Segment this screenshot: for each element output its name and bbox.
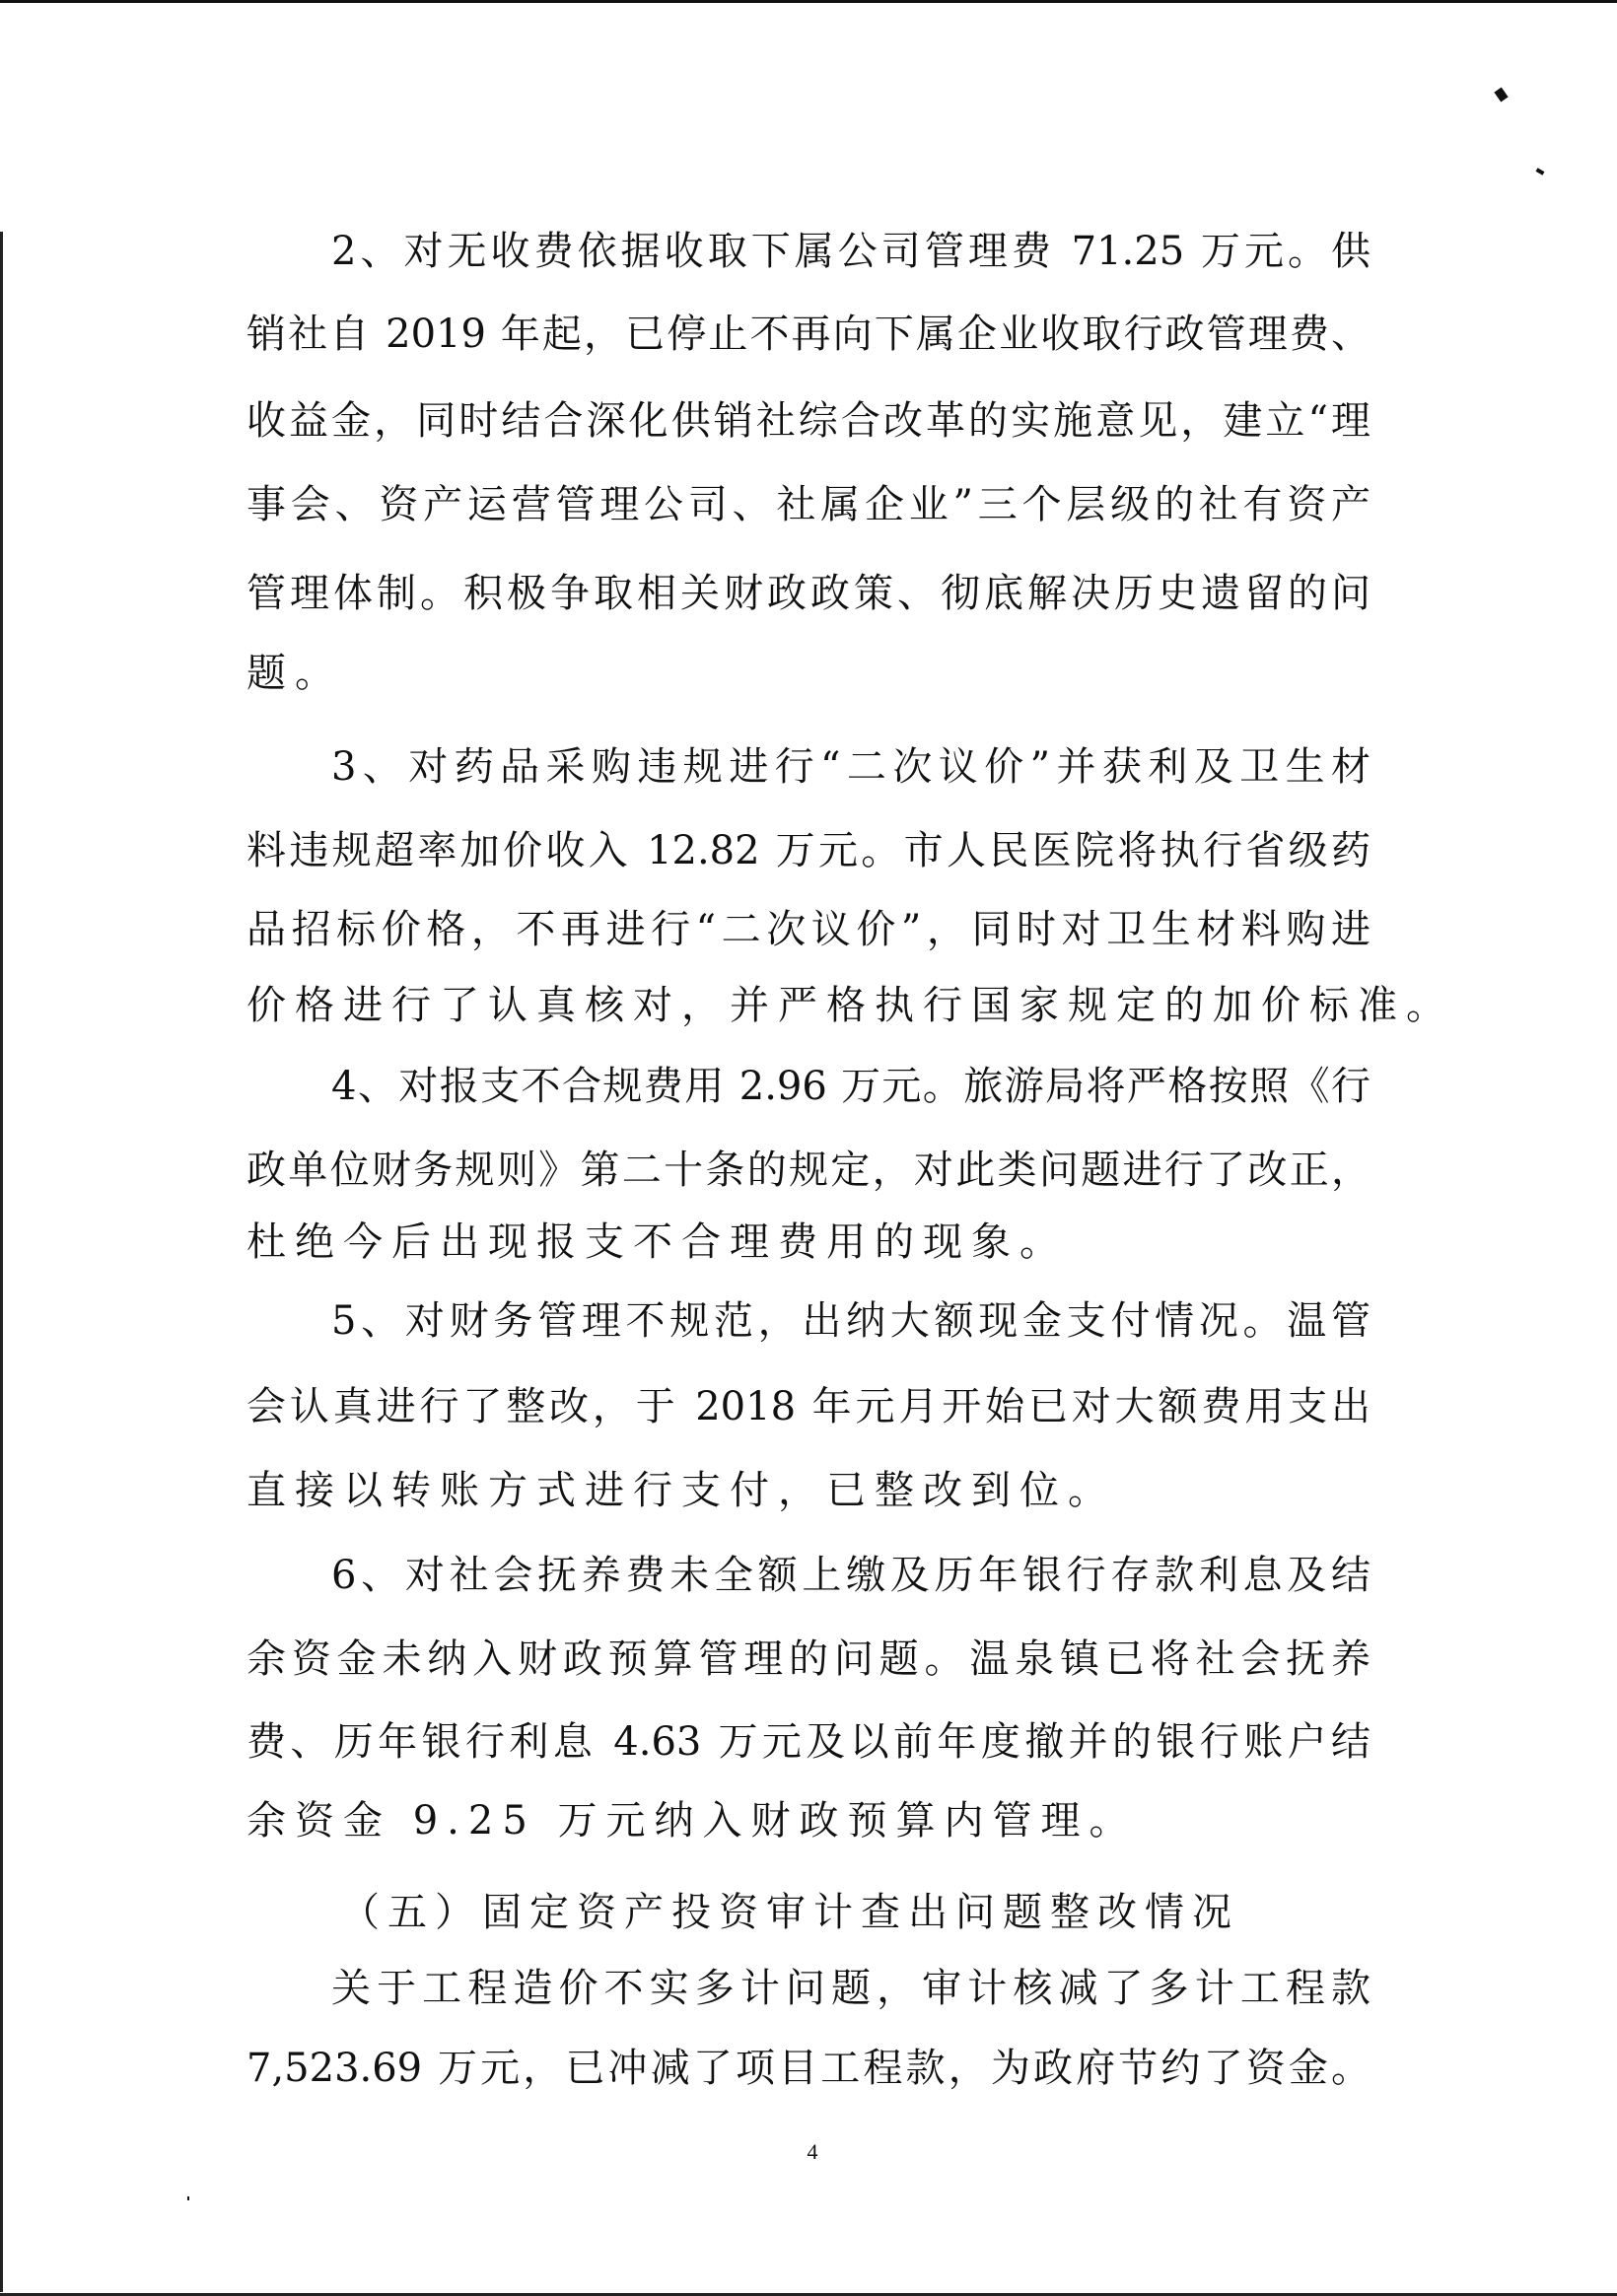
text-line: 7,523.69 万元，已冲减了项目工程款，为政府节约了资金。 [246, 2047, 1371, 2090]
text-line: 3、对药品采购违规进行“二次议价”并获利及卫生材 [331, 745, 1371, 789]
text-line: 关于工程造价不实多计问题，审计核减了多计工程款 [331, 1967, 1371, 2010]
text-line: 题。 [246, 652, 1371, 695]
text-line: 5、对财务管理不规范，出纳大额现金支付情况。温管 [331, 1299, 1371, 1343]
scan-edge-left [0, 232, 3, 2292]
text-line: 政单位财务规则》第二十条的规定，对此类问题进行了改正， [246, 1148, 1371, 1192]
text-line: 销社自 2019 年起，已停止不再向下属企业收取行政管理费、 [246, 313, 1371, 356]
text-line: 料违规超率加价收入 12.82 万元。市人民医院将执行省级药 [246, 829, 1371, 872]
text-line: 费、历年银行利息 4.63 万元及以前年度撤并的银行账户结 [246, 1720, 1371, 1764]
text-line: 价格进行了认真核对，并严格执行国家规定的加价标准。 [246, 984, 1371, 1027]
scan-speck-mark [1494, 88, 1508, 103]
text-line: 事会、资产运营管理公司、社属企业”三个层级的社有资产 [246, 483, 1371, 526]
text-line: 4、对报支不合规费用 2.96 万元。旅游局将严格按照《行 [331, 1065, 1371, 1108]
text-line: 直接以转账方式进行支付，已整改到位。 [246, 1469, 1371, 1512]
scan-edge-top [0, 0, 1617, 3]
text-line: 杜绝今后出现报支不合理费用的现象。 [246, 1220, 1371, 1264]
text-line: 品招标价格，不再进行“二次议价”，同时对卫生材料购进 [246, 908, 1371, 951]
text-line: 余资金 9.25 万元纳入财政预算内管理。 [246, 1799, 1371, 1843]
text-line: 2、对无收费依据收取下属公司管理费 71.25 万元。供 [331, 230, 1371, 273]
document-page: 2、对无收费依据收取下属公司管理费 71.25 万元。供 销社自 2019 年起… [0, 0, 1617, 2296]
text-line: 收益金，同时结合深化供销社综合改革的实施意见，建立“理 [246, 399, 1371, 443]
scan-speck-mark [187, 2196, 189, 2200]
text-line: 管理体制。积极争取相关财政政策、彻底解决历史遗留的问 [246, 572, 1371, 615]
text-line: 余资金未纳入财政预算管理的问题。温泉镇已将社会抚养 [246, 1637, 1371, 1681]
section-heading: （五）固定资产投资审计查出问题整改情况 [340, 1891, 1239, 1934]
page-number: 4 [801, 2139, 824, 2165]
scan-speck-mark [1536, 168, 1545, 174]
text-line: 6、对社会抚养费未全额上缴及历年银行存款利息及结 [331, 1554, 1371, 1597]
text-line: 会认真进行了整改，于 2018 年元月开始已对大额费用支出 [246, 1385, 1371, 1428]
